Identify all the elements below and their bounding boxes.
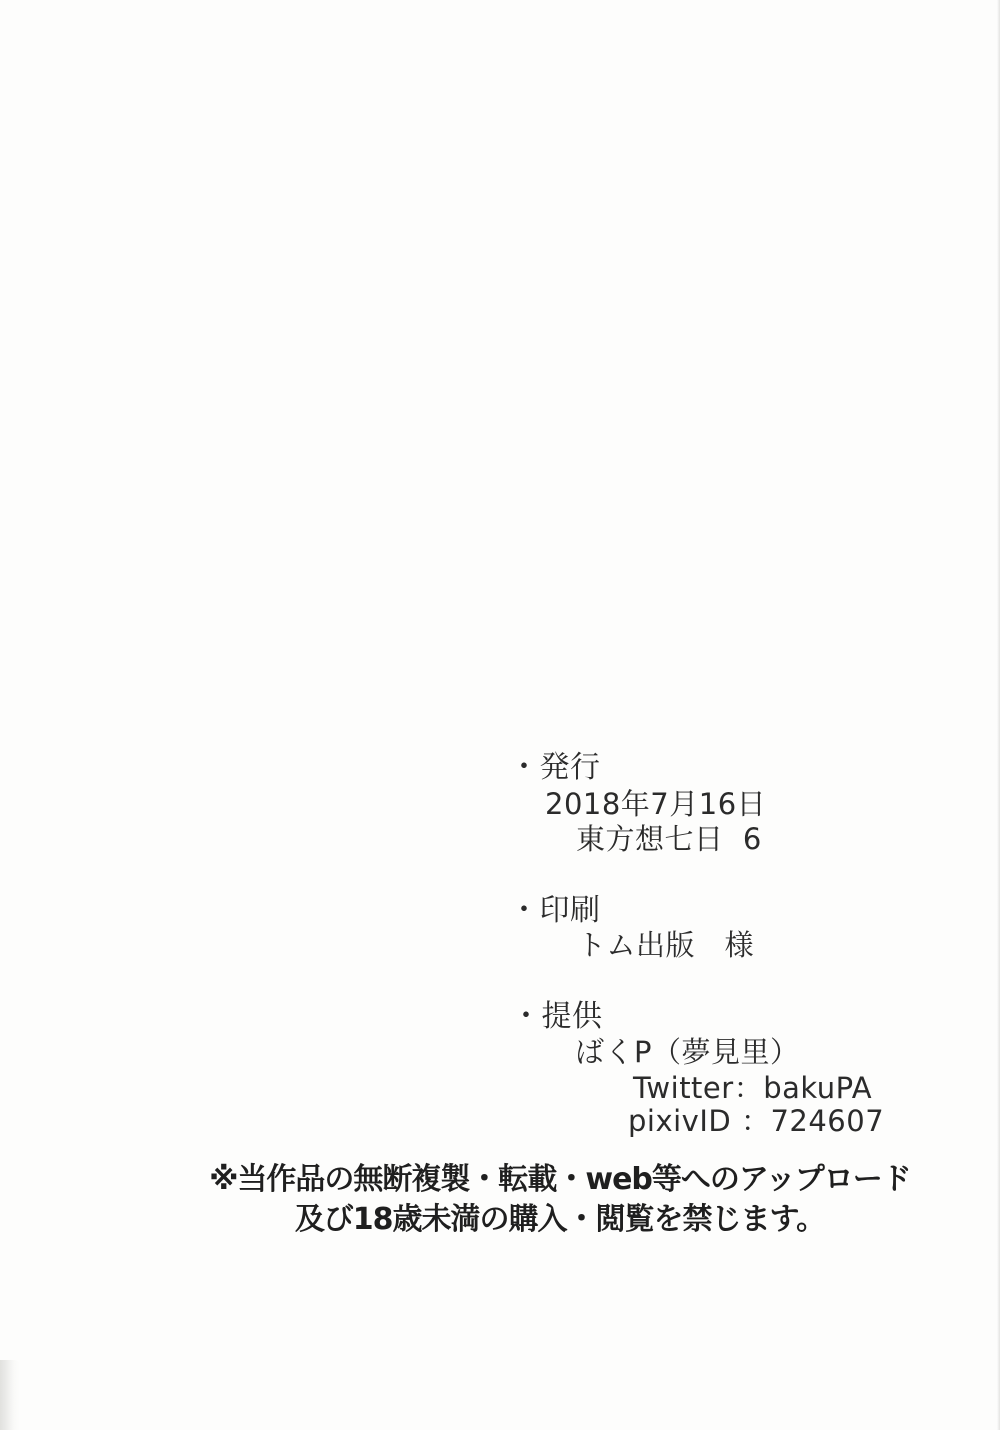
colophon-page: ・発行 2018年7月16日 東方想七日 6 ・印刷 トム出版 様 ・提供 ばく… xyxy=(0,0,1000,1430)
twitter-handle: Twitter：bakuPA xyxy=(633,1072,872,1105)
circle-name: ばくP（夢見里） xyxy=(575,1036,800,1069)
copyright-notice: ※当作品の無断複製・転載・web等へのアップロード 及び18歳未満の購入・閲覧を… xyxy=(120,1160,1000,1240)
publish-event-name: 東方想七日 6 xyxy=(576,823,762,856)
copyright-notice-line1: ※当作品の無断複製・転載・web等へのアップロード xyxy=(120,1160,1000,1200)
scan-smudge-bottom-left xyxy=(0,1360,20,1430)
credit-section-title: ・提供 xyxy=(511,1000,603,1035)
copyright-notice-line2: 及び18歳未満の購入・閲覧を禁じます。 xyxy=(120,1200,1000,1240)
pixiv-id: pixivID ：724607 xyxy=(628,1105,884,1138)
publish-date: 2018年7月16日 xyxy=(545,788,766,821)
printer-name: トム出版 様 xyxy=(577,929,754,962)
printing-section-title: ・印刷 xyxy=(509,894,601,929)
publish-section-title: ・発行 xyxy=(509,751,601,786)
